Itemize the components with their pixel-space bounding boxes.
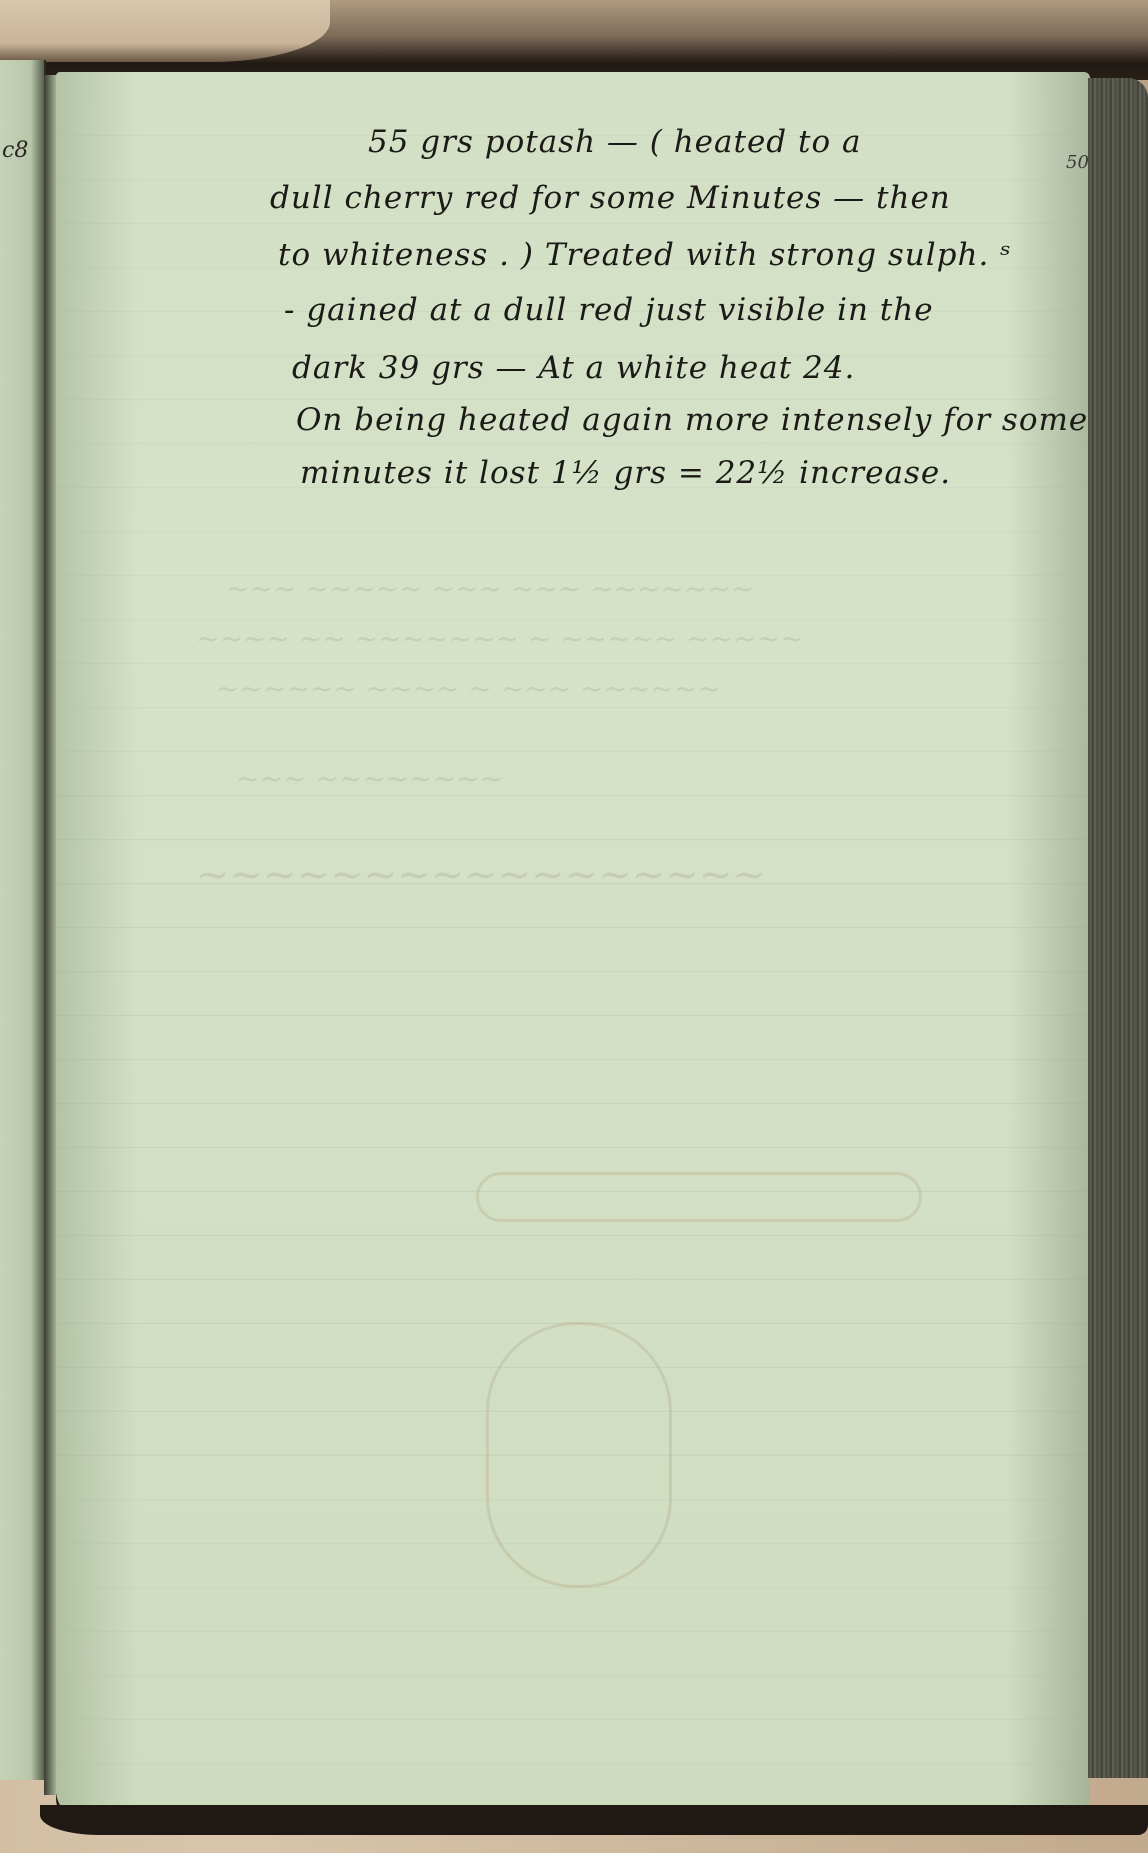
handwritten-line-1: 55 grs potash — ( heated to a [368, 124, 861, 160]
book-cover-corner [0, 0, 330, 62]
left-page-edge: c8 [0, 60, 46, 1780]
bleed-through-text: ~~~~~~ ~~~~ ~ ~~~ ~~~~~~ [216, 672, 721, 705]
bleed-through-text: ~~~~~~~~~~~~~~~~~ [196, 852, 766, 898]
handwritten-line-2: dull cherry red for some Minutes — then [270, 180, 951, 216]
book-fore-edge [1088, 78, 1148, 1778]
bleed-through-sketch [486, 1322, 672, 1588]
handwritten-line-5: dark 39 grs — At a white heat 24. [292, 350, 855, 386]
bottom-page-shadow [40, 1805, 1148, 1835]
handwritten-line-7: minutes it lost 1½ grs = 22½ increase. [300, 455, 951, 491]
bleed-through-text: ~~~ ~~~~~ ~~~ ~~~ ~~~~~~~ [226, 572, 754, 605]
handwritten-line-4: - gained at a dull red just visible in t… [284, 292, 934, 328]
left-margin-fragment: c8 [2, 140, 22, 162]
bleed-through-text: ~~~ ~~~~~~~~ [236, 762, 503, 795]
bleed-through-text: ~~~~ ~~ ~~~~~~~ ~ ~~~~~ ~~~~~ [196, 622, 804, 655]
handwritten-line-3: to whiteness . ) Treated with strong sul… [278, 237, 1012, 273]
bleed-through-sketch [476, 1172, 922, 1222]
handwritten-line-6: On being heated again more intensely for… [296, 402, 1088, 438]
notebook-page: ~~~ ~~~~~ ~~~ ~~~ ~~~~~~~ ~~~~ ~~ ~~~~~~… [56, 72, 1090, 1820]
